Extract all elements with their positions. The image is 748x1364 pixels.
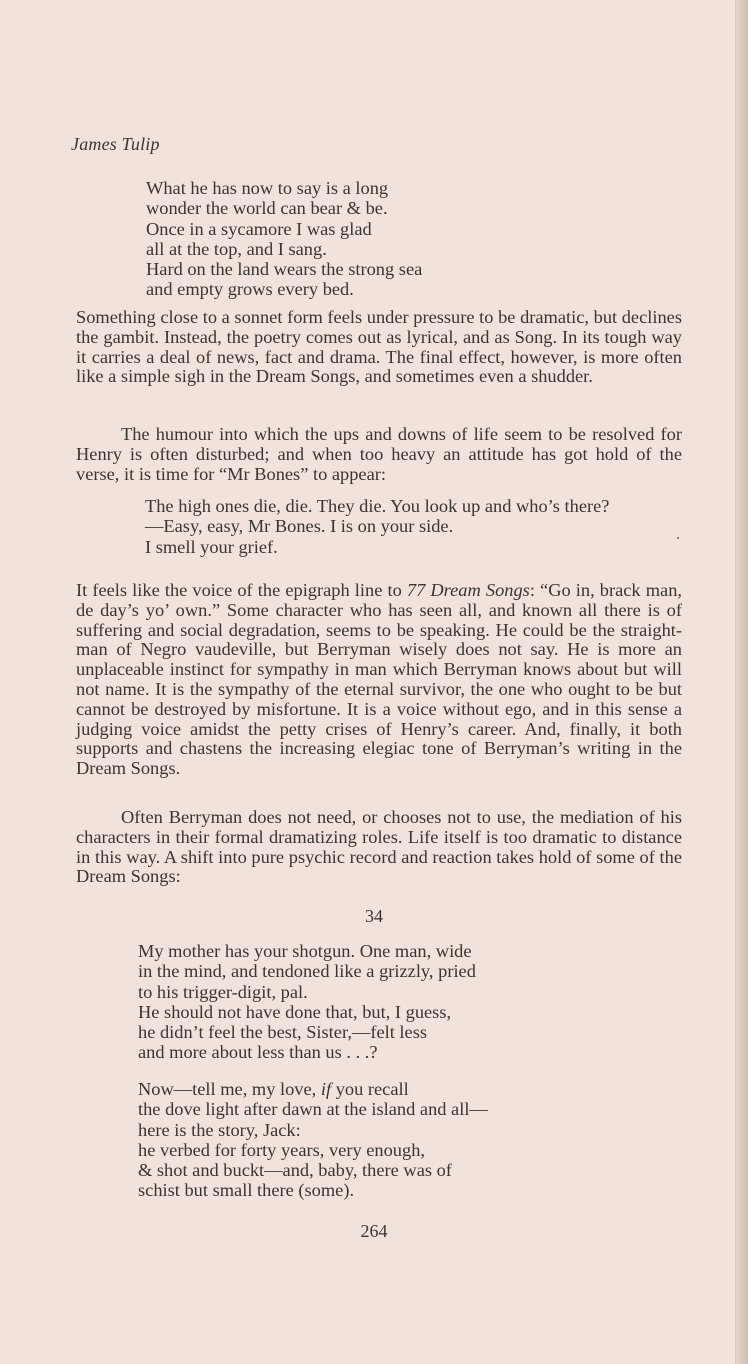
page-edge-shadow	[735, 0, 748, 1364]
print-speck	[677, 537, 679, 539]
verse-line: Hard on the land wears the strong sea	[146, 259, 422, 279]
page-number: 264	[0, 1221, 748, 1242]
paragraph-text: The humour into which the ups and downs …	[76, 425, 682, 484]
verse-line: all at the top, and I sang.	[146, 239, 422, 259]
verse-line: My mother has your shotgun. One man, wid…	[138, 941, 476, 961]
text-run: you recall	[331, 1079, 409, 1099]
paragraph-mediation: Often Berryman does not need, or chooses…	[76, 808, 682, 887]
poem-34-stanza-1: My mother has your shotgun. One man, wid…	[138, 941, 476, 1063]
verse-line: he verbed for forty years, very enough,	[138, 1140, 488, 1160]
running-head: James Tulip	[71, 134, 160, 155]
verse-line: the dove light after dawn at the island …	[138, 1099, 488, 1119]
verse-quotation-2: The high ones die, die. They die. You lo…	[145, 496, 609, 557]
verse-line: The high ones die, die. They die. You lo…	[145, 496, 609, 516]
verse-line: schist but small there (some).	[138, 1180, 488, 1200]
verse-line: & shot and buckt—and, baby, there was of	[138, 1160, 488, 1180]
paragraph-humour: The humour into which the ups and downs …	[76, 425, 682, 484]
verse-line: in the mind, and tendoned like a grizzly…	[138, 961, 476, 981]
verse-line: —Easy, easy, Mr Bones. I is on your side…	[145, 516, 609, 536]
verse-line: and more about less than us . . .?	[138, 1042, 476, 1062]
verse-line: he didn’t feel the best, Sister,—felt le…	[138, 1022, 476, 1042]
dream-song-number: 34	[0, 906, 748, 927]
paragraph-text: Often Berryman does not need, or chooses…	[76, 808, 682, 887]
verse-line: What he has now to say is a long	[146, 178, 422, 198]
text-run: It feels like the voice of the epigraph …	[76, 580, 407, 600]
verse-line: I smell your grief.	[145, 537, 609, 557]
verse-line: Now—tell me, my love, if you recall	[138, 1079, 488, 1099]
poem-34-stanza-2: Now—tell me, my love, if you recall the …	[138, 1079, 488, 1201]
text-run: Now—tell me, my love,	[138, 1079, 321, 1099]
paragraph-sonnet-form: Something close to a sonnet form feels u…	[76, 308, 682, 387]
paragraph-text: Something close to a sonnet form feels u…	[76, 308, 682, 387]
text-run: : “Go in, brack man, de day’s yo’ own.” …	[76, 580, 682, 778]
verse-line: He should not have done that, but, I gue…	[138, 1002, 476, 1022]
verse-line: wonder the world can bear & be.	[146, 198, 422, 218]
paragraph-text: It feels like the voice of the epigraph …	[76, 581, 682, 779]
verse-line: here is the story, Jack:	[138, 1120, 488, 1140]
paragraph-epigraph-voice: It feels like the voice of the epigraph …	[76, 581, 682, 779]
verse-line: and empty grows every bed.	[146, 279, 422, 299]
verse-quotation-1: What he has now to say is a long wonder …	[146, 178, 422, 300]
verse-line: to his trigger-digit, pal.	[138, 982, 476, 1002]
italic-word: if	[321, 1079, 331, 1099]
verse-line: Once in a sycamore I was glad	[146, 219, 422, 239]
book-title-italic: 77 Dream Songs	[407, 580, 530, 600]
